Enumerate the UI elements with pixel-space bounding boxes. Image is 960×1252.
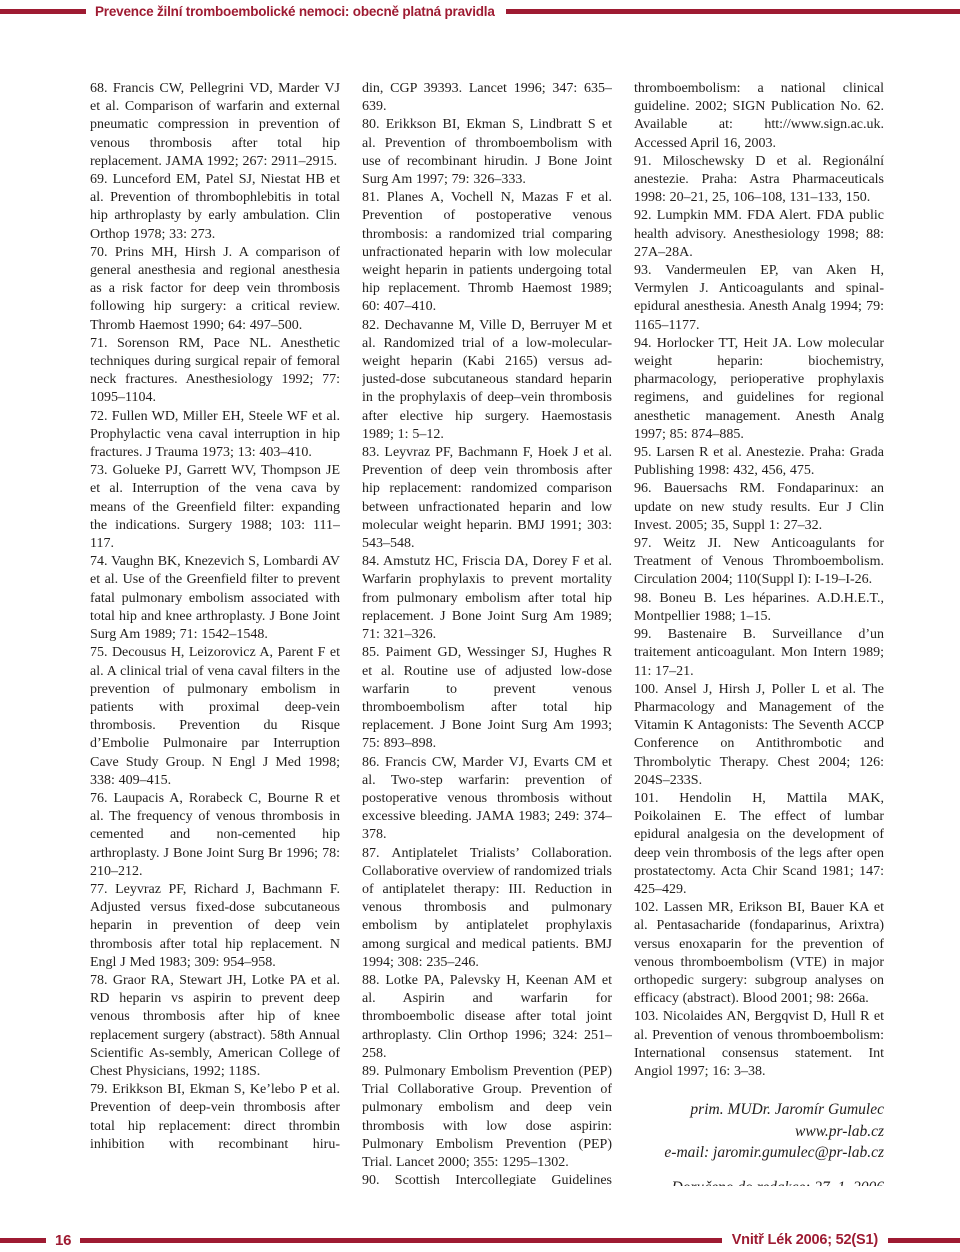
reference-item: 103. Nicolaides AN, Bergqvist D, Hull R …	[634, 1008, 884, 1081]
reference-item: din, CGP 39393. Lancet 1996; 347: 635–63…	[362, 80, 612, 116]
reference-item: 94. Horlocker TT, Heit JA. Low molecular…	[634, 335, 884, 444]
reference-item: 77. Leyvraz PF, Richard J, Bachmann F. A…	[90, 881, 340, 972]
header-rule-left	[0, 9, 86, 14]
reference-item: 86. Francis CW, Marder VJ, Evarts CM et …	[362, 754, 612, 845]
reference-item: thromboembolism: a national clinical gui…	[634, 80, 884, 153]
references-column-2: din, CGP 39393. Lancet 1996; 347: 635–63…	[362, 80, 612, 1186]
reference-item: 71. Sorenson RM, Pace NL. Anesthetic tec…	[90, 335, 340, 408]
reference-item: 99. Bastenaire B. Surveillance d’un trai…	[634, 626, 884, 681]
reference-item: 73. Golueke PJ, Garrett WV, Thompson JE …	[90, 462, 340, 553]
author-line: www.pr-lab.cz	[634, 1121, 884, 1143]
running-title: Prevence žilní tromboembolické nemoci: o…	[95, 4, 495, 19]
reference-item: 78. Graor RA, Stewart JH, Lotke PA et al…	[90, 972, 340, 1081]
reference-item: 79. Erikkson BI, Ekman S, Ke’lebo P et a…	[90, 1081, 340, 1154]
received-date-line: Doručeno do redakce: 27. 1. 2006	[634, 1179, 884, 1186]
references-column-3: thromboembolism: a national clinical gui…	[634, 80, 884, 1186]
references-section: 68. Francis CW, Pellegrini VD, Marder VJ…	[90, 80, 884, 1186]
reference-item: 96. Bauersachs RM. Fondaparinux: an upda…	[634, 480, 884, 535]
reference-item: 76. Laupacis A, Rorabeck C, Bourne R et …	[90, 790, 340, 881]
reference-item: 81. Planes A, Vochell N, Mazas F et al. …	[362, 189, 612, 316]
reference-item: 95. Larsen R et al. Anestezie. Praha: Gr…	[634, 444, 884, 480]
reference-item: 98. Boneu B. Les héparines. A.D.H.E.T., …	[634, 590, 884, 626]
reference-item: 74. Vaughn BK, Knezevich S, Lombardi AV …	[90, 553, 340, 644]
reference-item: 83. Leyvraz PF, Bachmann F, Hoek J et al…	[362, 444, 612, 553]
reference-item: 97. Weitz JI. New Anticoagulants for Tre…	[634, 535, 884, 590]
reference-item: 75. Decousus H, Leizorovicz A, Parent F …	[90, 644, 340, 790]
references-column-1: 68. Francis CW, Pellegrini VD, Marder VJ…	[90, 80, 340, 1186]
reference-item: 80. Erikkson BI, Ekman S, Lindbratt S et…	[362, 116, 612, 189]
reference-item: 82. Dechavanne M, Ville D, Berruyer M et…	[362, 317, 612, 444]
reference-item: 102. Lassen MR, Erikson BI, Bauer KA et …	[634, 899, 884, 1008]
reference-item: 70. Prins MH, Hirsh J. A comparison of g…	[90, 244, 340, 335]
references-column-3-list: thromboembolism: a national clinical gui…	[634, 80, 884, 1081]
journal-page: Prevence žilní tromboembolické nemoci: o…	[0, 0, 960, 1252]
reference-item: 85. Paiment GD, Wessinger SJ, Hughes R e…	[362, 644, 612, 753]
reference-item: 100. Ansel J, Hirsh J, Poller L et al. T…	[634, 681, 884, 790]
footer-rule-right	[888, 1238, 960, 1243]
reference-item: 88. Lotke PA, Palevsky H, Keenan AM et a…	[362, 972, 612, 1063]
journal-citation: Vnitř Lék 2006; 52(S1)	[732, 1232, 878, 1248]
page-header: Prevence žilní tromboembolické nemoci: o…	[0, 3, 960, 20]
reference-item: 93. Vandermeulen EP, van Aken H, Vermyle…	[634, 262, 884, 335]
reference-item: 89. Pulmonary Embolism Prevention (PEP) …	[362, 1063, 612, 1172]
reference-item: 69. Lunceford EM, Patel SJ, Niestat HB e…	[90, 171, 340, 244]
footer-rule-middle	[80, 1238, 721, 1243]
reference-item: 84. Amstutz HC, Friscia DA, Dorey F et a…	[362, 553, 612, 644]
reference-item: 68. Francis CW, Pellegrini VD, Marder VJ…	[90, 80, 340, 171]
reference-item: 90. Scottish Intercollegiate Guidelines …	[362, 1172, 612, 1186]
reference-item: 87. Antiplatelet Trialists’ Collaboratio…	[362, 845, 612, 972]
reference-item: 72. Fullen WD, Miller EH, Steele WF et a…	[90, 408, 340, 463]
author-line: e-mail: jaromir.gumulec@pr-lab.cz	[634, 1142, 884, 1164]
author-block: prim. MUDr. Jaromír Gumulecwww.pr-lab.cz…	[634, 1099, 884, 1164]
reference-item: 92. Lumpkin MM. FDA Alert. FDA public he…	[634, 207, 884, 262]
page-number: 16	[55, 1232, 71, 1249]
reference-item: 101. Hendolin H, Mattila MAK, Poikolaine…	[634, 790, 884, 899]
footer-rule-left	[0, 1238, 46, 1243]
reference-item: 91. Miloschewsky D et al. Regionální ane…	[634, 153, 884, 208]
header-rule-right	[506, 9, 960, 14]
author-line: prim. MUDr. Jaromír Gumulec	[634, 1099, 884, 1121]
page-footer: 16 Vnitř Lék 2006; 52(S1)	[0, 1232, 960, 1248]
